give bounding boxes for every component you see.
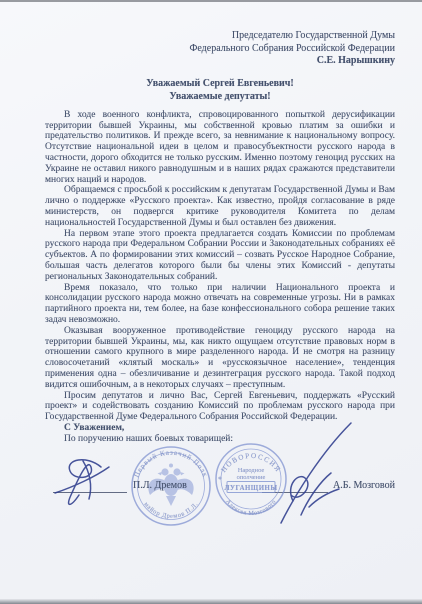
recipient-line: Федерального Собрания Российской Федерац… (45, 43, 395, 56)
paragraph: В ходе военного конфликта, спровоцирован… (45, 110, 395, 186)
salutation-line: Уважаемые депутаты! (45, 90, 395, 103)
scanned-letter-page: Председателю Государственной Думы Федера… (0, 0, 422, 604)
dremov-name: П.Л. Дремов (133, 481, 187, 492)
salutation-line: Уважаемый Сергей Евгеньевич! (45, 77, 395, 90)
paragraph: Время показало, что только при наличии Н… (45, 283, 395, 326)
paragraph: На первом этапе этого проекта предлагает… (45, 229, 395, 283)
paragraph: Оказывая вооруженное противодействие ген… (45, 326, 395, 391)
mozgovoy-signature-ink (243, 419, 373, 531)
recipient-line: Председателю Государственной Думы (45, 30, 395, 43)
salutation-block: Уважаемый Сергей Евгеньевич! Уважаемые д… (45, 77, 395, 103)
stamp-star-icon: * (218, 475, 222, 484)
recipient-block: Председателю Государственной Думы Федера… (45, 30, 395, 68)
scan-top-edge (0, 0, 422, 2)
recipient-name: С.Е. Нарышкину (45, 55, 395, 68)
mozgovoy-name: А.Б. Мозговой (333, 481, 395, 492)
signature-area: Первый Казачий Полк майор Дремов П.Л. П.… (45, 445, 395, 595)
letter-body: В ходе военного конфликта, спровоцирован… (45, 110, 395, 445)
paragraph: Просим депутатов и лично Вас, Сергей Евг… (45, 391, 395, 423)
letter-content: Председателю Государственной Думы Федера… (45, 30, 395, 595)
scan-bottom-edge (0, 599, 422, 604)
dremov-signature-ink (43, 451, 143, 523)
paragraph: Обращаемся с просьбой к российским к деп… (45, 185, 395, 228)
